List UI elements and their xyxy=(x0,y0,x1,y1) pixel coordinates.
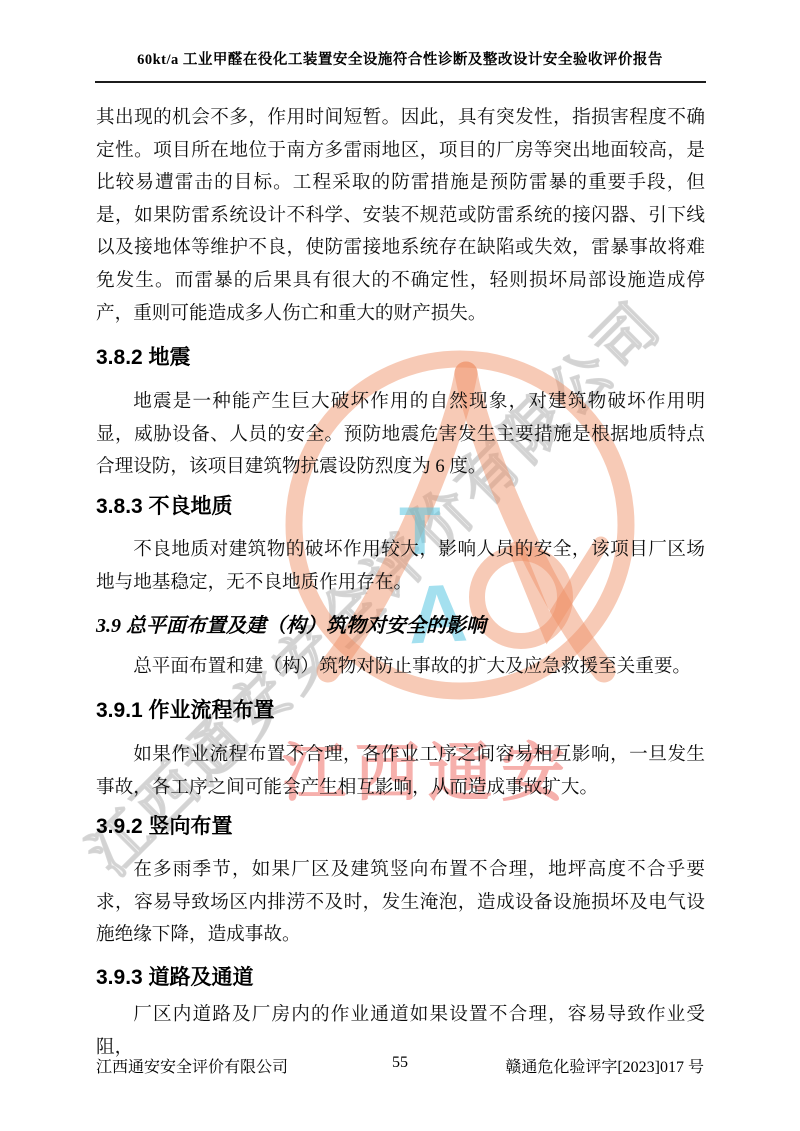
section-heading-3-8-2: 3.8.2 地震 xyxy=(96,345,705,371)
section-paragraph-3-9-2: 在多雨季节，如果厂区及建筑竖向布置不合理，地坪高度不合乎要求，容易导致场区内排涝… xyxy=(96,854,705,952)
footer-company: 江西通安安全评价有限公司 xyxy=(96,1054,288,1077)
paragraph-continued: 其出现的机会不多，作用时间短暂。因此，具有突发性，指损害程度不确定性。项目所在地… xyxy=(96,102,705,330)
section-paragraph-3-8-3: 不良地质对建筑物的破坏作用较大，影响人员的安全，该项目厂区场地与地基稳定，无不良… xyxy=(96,534,705,599)
page-header-title: 60kt/a 工业甲醛在役化工装置安全设施符合性诊断及整改设计安全验收评价报告 xyxy=(0,48,800,69)
header-rule xyxy=(95,81,706,83)
section-paragraph-3-8-2: 地震是一种能产生巨大破坏作用的自然现象，对建筑物破坏作用明显，威胁设备、人员的安… xyxy=(96,386,705,484)
report-page: 江西通安安全评价有限公司 T A 江西通安 60kt/a 工业甲醛在役化工装置安… xyxy=(0,0,800,1131)
section-paragraph-3-9: 总平面布置和建（构）筑物对防止事故的扩大及应急救援至关重要。 xyxy=(96,651,705,684)
section-paragraph-3-9-1: 如果作业流程布置不合理，各作业工序之间容易相互影响，一旦发生事故，各工序之间可能… xyxy=(96,739,705,804)
footer-doc-number: 赣通危化验评字[2023]017 号 xyxy=(505,1054,704,1077)
section-heading-3-8-3: 3.8.3 不良地质 xyxy=(96,494,705,520)
section-heading-3-9-2: 3.9.2 竖向布置 xyxy=(96,814,705,840)
section-heading-3-9-1: 3.9.1 作业流程布置 xyxy=(96,698,705,724)
section-heading-3-9-3: 3.9.3 道路及通道 xyxy=(96,965,705,991)
section-heading-3-9: 3.9 总平面布置及建（构）筑物对安全的影响 xyxy=(96,613,705,639)
